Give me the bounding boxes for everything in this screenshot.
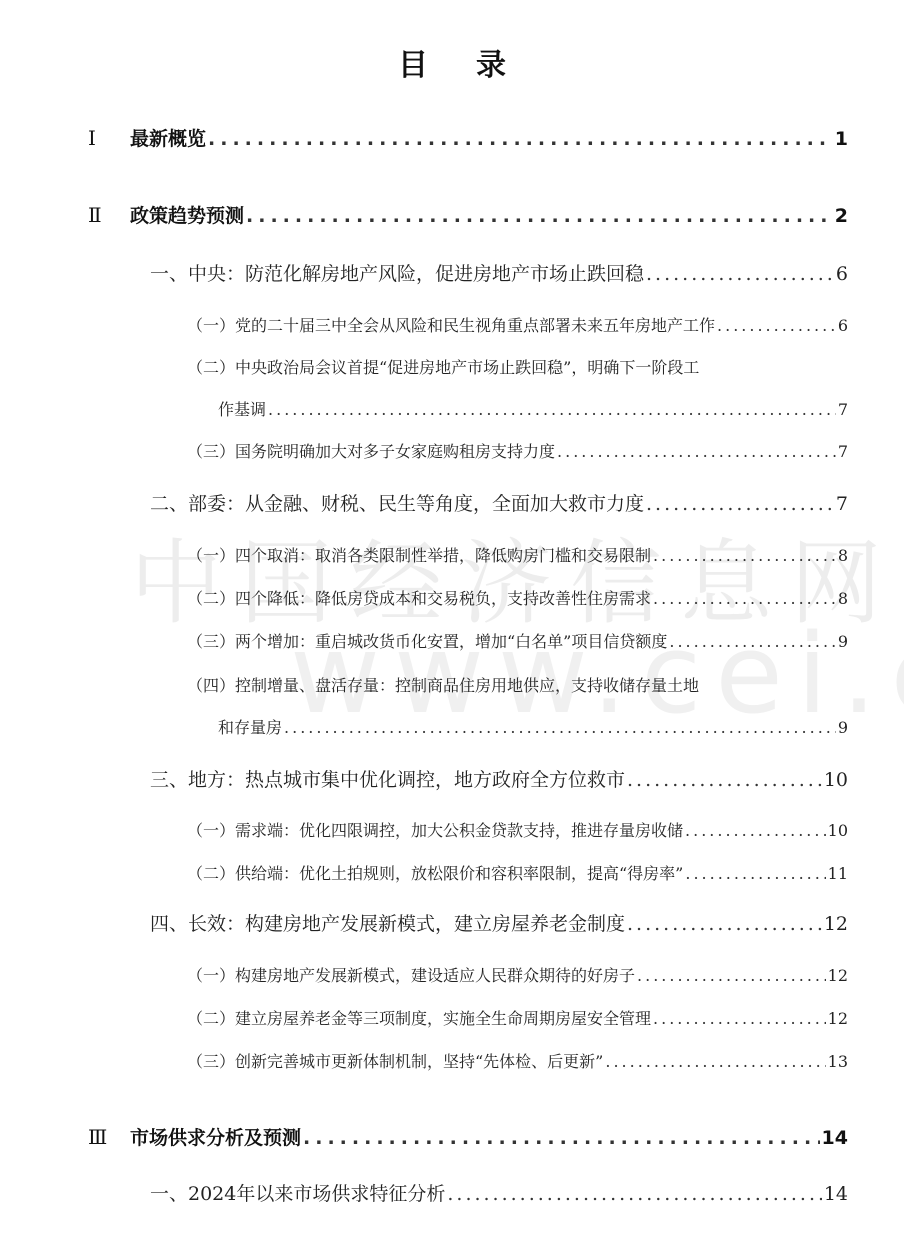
part-numeral: Ⅲ bbox=[88, 1125, 130, 1149]
toc-item-first-line[interactable]: （二）中央政治局会议首提“促进房地产市场止跌回稳”，明确下一阶段工 bbox=[187, 355, 699, 378]
page-number: 7 bbox=[838, 400, 848, 419]
toc-section[interactable]: 一、2024年以来市场供求特征分析 14 bbox=[150, 1179, 848, 1206]
toc-entry-label: 四、长效：构建房地产发展新模式，建立房屋养老金制度 bbox=[150, 909, 625, 936]
dot-leader bbox=[268, 400, 836, 419]
toc-item[interactable]: （一）构建房地产发展新模式，建设适应人民群众期待的好房子 12 bbox=[187, 963, 848, 986]
toc-item[interactable]: （一）党的二十届三中全会从风险和民生视角重点部署未来五年房地产工作 6 bbox=[187, 313, 848, 336]
toc-entry-label: （二）建立房屋养老金等三项制度，实施全生命周期房屋安全管理 bbox=[187, 1006, 651, 1029]
page-number: 10 bbox=[828, 821, 848, 840]
toc-entry-label: 三、地方：热点城市集中优化调控，地方政府全方位救市 bbox=[150, 765, 625, 792]
page-number: 12 bbox=[828, 1009, 848, 1028]
toc-entry-label-continuation: 作基调 bbox=[218, 397, 266, 420]
page-number: 13 bbox=[828, 1052, 848, 1071]
title-char-1: 目 bbox=[398, 48, 428, 83]
toc-section[interactable]: 三、地方：热点城市集中优化调控，地方政府全方位救市 10 bbox=[150, 765, 848, 792]
dot-leader bbox=[685, 821, 826, 840]
toc-part-2[interactable]: Ⅱ 政策趋势预测 2 bbox=[88, 201, 848, 228]
toc-entry-label: 二、部委：从金融、财税、民生等角度，全面加大救市力度 bbox=[150, 489, 644, 516]
toc-entry-label: （一）四个取消：取消各类限制性举措，降低购房门槛和交易限制 bbox=[187, 543, 651, 566]
toc-item[interactable]: （二）四个降低：降低房贷成本和交易税负，支持改善性住房需求 8 bbox=[187, 586, 848, 609]
dot-leader bbox=[669, 632, 835, 651]
toc-part-3[interactable]: Ⅲ 市场供求分析及预测 14 bbox=[88, 1123, 848, 1150]
toc-item[interactable]: （一）需求端：优化四限调控，加大公积金贷款支持，推进存量房收储 10 bbox=[187, 818, 848, 841]
dot-leader bbox=[646, 493, 834, 515]
toc-section[interactable]: 二、部委：从金融、财税、民生等角度，全面加大救市力度 7 bbox=[150, 489, 848, 516]
dot-leader bbox=[246, 205, 833, 227]
toc-entry-label: （一）需求端：优化四限调控，加大公积金贷款支持，推进存量房收储 bbox=[187, 818, 683, 841]
page-number: 6 bbox=[836, 263, 848, 285]
toc-entry-label: （二）供给端：优化土拍规则，放松限价和容积率限制，提高“得房率” bbox=[187, 861, 683, 884]
dot-leader bbox=[653, 546, 836, 565]
toc-entry-label: （二）四个降低：降低房贷成本和交易税负，支持改善性住房需求 bbox=[187, 586, 651, 609]
toc-entry-label: 一、2024年以来市场供求特征分析 bbox=[150, 1179, 445, 1206]
dot-leader bbox=[303, 1127, 820, 1149]
page-number: 11 bbox=[828, 864, 848, 883]
toc-item[interactable]: 和存量房 9 bbox=[218, 715, 848, 738]
toc-entry-label-continuation: 和存量房 bbox=[218, 715, 282, 738]
toc-item[interactable]: 作基调 7 bbox=[218, 397, 848, 420]
dot-leader bbox=[646, 263, 834, 285]
toc-item[interactable]: （二）建立房屋养老金等三项制度，实施全生命周期房屋安全管理 12 bbox=[187, 1006, 848, 1029]
page-number: 6 bbox=[838, 316, 848, 335]
dot-leader bbox=[627, 913, 822, 935]
toc-part-1[interactable]: Ⅰ 最新概览 1 bbox=[88, 124, 848, 151]
page-number: 14 bbox=[824, 1183, 848, 1205]
page-number: 9 bbox=[838, 632, 848, 651]
dot-leader bbox=[653, 589, 836, 608]
part-numeral: Ⅰ bbox=[88, 126, 130, 150]
title-char-2: 录 bbox=[476, 48, 506, 83]
dot-leader bbox=[447, 1183, 821, 1205]
page-number: 2 bbox=[835, 205, 848, 227]
toc-entry-label: 市场供求分析及预测 bbox=[130, 1123, 301, 1150]
page-number: 1 bbox=[835, 128, 848, 150]
page-number: 12 bbox=[824, 913, 848, 935]
page-number: 9 bbox=[838, 718, 848, 737]
page-number: 14 bbox=[822, 1127, 848, 1149]
dot-leader bbox=[605, 1052, 825, 1071]
toc-item[interactable]: （三）创新完善城市更新体制机制，坚持“先体检、后更新” 13 bbox=[187, 1049, 848, 1072]
toc-item[interactable]: （三）国务院明确加大对多子女家庭购租房支持力度 7 bbox=[187, 439, 848, 462]
watermark-text: 中国经济信息网 bbox=[130, 510, 900, 642]
toc-item[interactable]: （三）两个增加：重启城改货币化安置，增加“白名单”项目信贷额度 9 bbox=[187, 629, 848, 652]
page-number: 8 bbox=[838, 546, 848, 565]
toc-entry-label: （三）创新完善城市更新体制机制，坚持“先体检、后更新” bbox=[187, 1049, 603, 1072]
dot-leader bbox=[653, 1009, 826, 1028]
toc-entry-label: 最新概览 bbox=[130, 124, 206, 151]
dot-leader bbox=[208, 128, 833, 150]
dot-leader bbox=[637, 966, 826, 985]
page-number: 7 bbox=[838, 442, 848, 461]
dot-leader bbox=[685, 864, 825, 883]
toc-entry-label: （一）党的二十届三中全会从风险和民生视角重点部署未来五年房地产工作 bbox=[187, 313, 715, 336]
toc-item-first-line[interactable]: （四）控制增量、盘活存量：控制商品住房用地供应，支持收储存量土地 bbox=[187, 673, 699, 696]
toc-item[interactable]: （二）供给端：优化土拍规则，放松限价和容积率限制，提高“得房率” 11 bbox=[187, 861, 848, 884]
toc-entry-label: （一）构建房地产发展新模式，建设适应人民群众期待的好房子 bbox=[187, 963, 635, 986]
part-numeral: Ⅱ bbox=[88, 203, 130, 227]
toc-entry-label: 一、中央：防范化解房地产风险，促进房地产市场止跌回稳 bbox=[150, 259, 644, 286]
dot-leader bbox=[717, 316, 836, 335]
toc-entry-label: （三）国务院明确加大对多子女家庭购租房支持力度 bbox=[187, 439, 555, 462]
toc-section[interactable]: 四、长效：构建房地产发展新模式，建立房屋养老金制度 12 bbox=[150, 909, 848, 936]
dot-leader bbox=[284, 718, 836, 737]
toc-section[interactable]: 一、中央：防范化解房地产风险，促进房地产市场止跌回稳 6 bbox=[150, 259, 848, 286]
toc-item[interactable]: （一）四个取消：取消各类限制性举措，降低购房门槛和交易限制 8 bbox=[187, 543, 848, 566]
page-number: 12 bbox=[828, 966, 848, 985]
toc-entry-label: （三）两个增加：重启城改货币化安置，增加“白名单”项目信贷额度 bbox=[187, 629, 667, 652]
dot-leader bbox=[557, 442, 836, 461]
dot-leader bbox=[627, 769, 822, 791]
page-title: 目录 bbox=[0, 40, 904, 84]
toc-entry-label: 政策趋势预测 bbox=[130, 201, 244, 228]
page-number: 8 bbox=[838, 589, 848, 608]
page-number: 7 bbox=[836, 493, 848, 515]
page-number: 10 bbox=[824, 769, 848, 791]
